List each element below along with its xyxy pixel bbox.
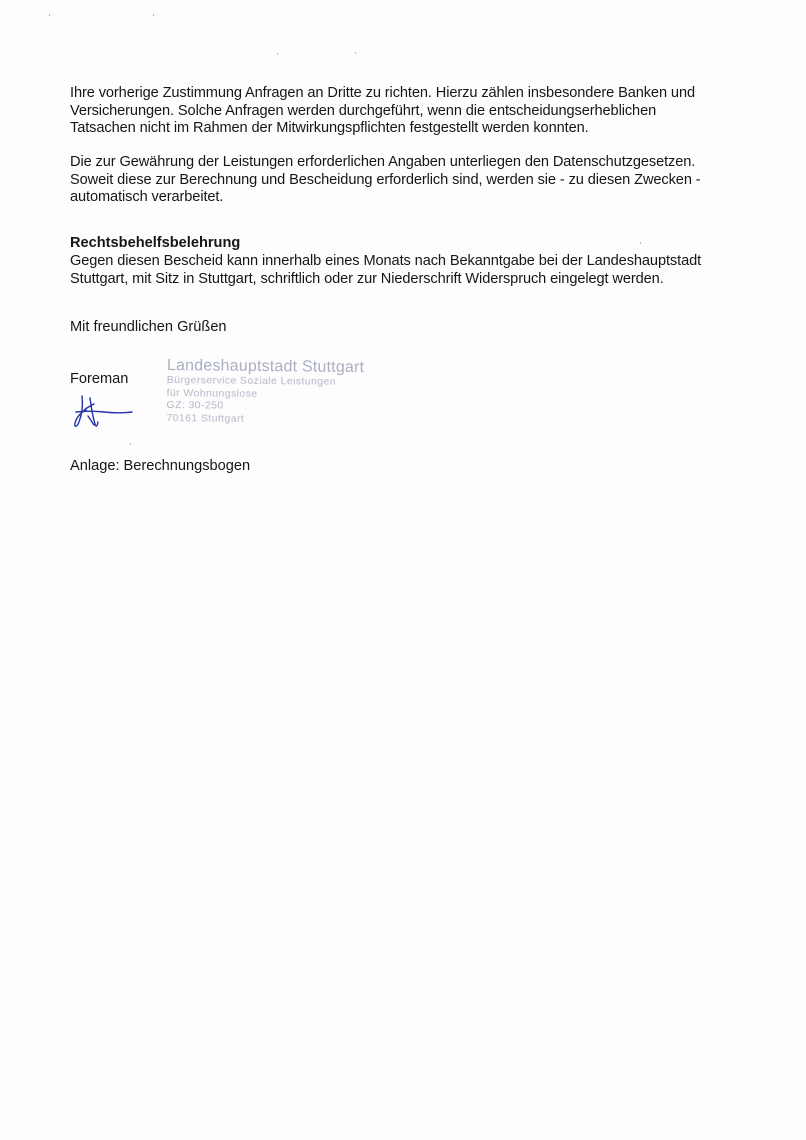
- attachment-note: Anlage: Berechnungsbogen: [70, 458, 250, 476]
- scan-speck: [355, 52, 356, 54]
- document-page: Ihre vorherige Zustimmung Anfragen an Dr…: [0, 0, 806, 1140]
- scan-speck: [277, 53, 278, 55]
- text-line: automatisch verarbeitet.: [70, 189, 750, 207]
- closing-salutation: Mit freundlichen Grüßen: [70, 319, 227, 337]
- text-line: Soweit diese zur Berechnung und Bescheid…: [70, 172, 750, 190]
- stamp-line: 70161 Stuttgart: [166, 411, 381, 426]
- legal-notice-heading: Rechtsbehelfsbelehrung: [70, 235, 240, 253]
- scan-speck: [153, 14, 154, 16]
- text-line: Tatsachen nicht im Rahmen der Mitwirkung…: [70, 120, 750, 138]
- scan-speck: [130, 443, 131, 445]
- text-line: Versicherungen. Solche Anfragen werden d…: [70, 103, 750, 121]
- text-line: Ihre vorherige Zustimmung Anfragen an Dr…: [70, 85, 750, 103]
- scan-speck: [49, 14, 50, 16]
- signer-name: Foreman: [70, 371, 128, 389]
- text-line: Stuttgart, mit Sitz in Stuttgart, schrif…: [70, 271, 750, 289]
- paragraph-third-party-inquiries: Ihre vorherige Zustimmung Anfragen an Dr…: [70, 85, 750, 138]
- text-line: Die zur Gewährung der Leistungen erforde…: [70, 154, 750, 172]
- signature-icon: [70, 392, 136, 432]
- scan-speck: [640, 242, 641, 244]
- office-stamp: Landeshauptstadt Stuttgart Bürgerservice…: [166, 357, 382, 426]
- text-line: Gegen diesen Bescheid kann innerhalb ein…: [70, 253, 750, 271]
- paragraph-legal-notice: Gegen diesen Bescheid kann innerhalb ein…: [70, 253, 750, 288]
- paragraph-data-protection: Die zur Gewährung der Leistungen erforde…: [70, 154, 750, 207]
